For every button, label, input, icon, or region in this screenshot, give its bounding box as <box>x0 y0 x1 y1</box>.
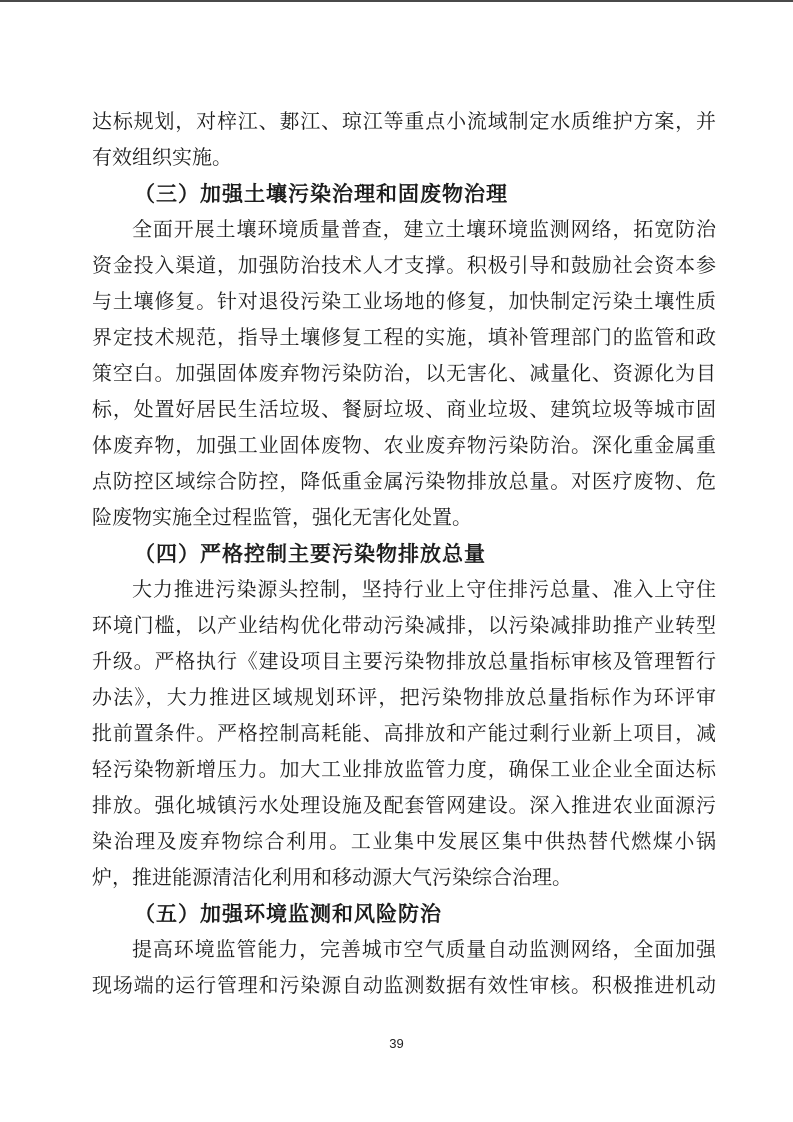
document-body: 达标规划，对梓江、郪江、琼江等重点小流域制定水质维护方案，并有效组织实施。（三）… <box>92 104 716 1004</box>
text-line: 环境门槛，以产业结构优化带动污染减排，以污染减排助推产业转型 <box>92 608 716 644</box>
text-line: 排放。强化城镇污水处理设施及配套管网建设。深入推进农业面源污 <box>92 788 716 824</box>
text-line: 与土壤修复。针对退役污染工业场地的修复，加快制定污染土壤性质 <box>92 284 716 320</box>
text-line: 资金投入渠道，加强防治技术人才支撑。积极引导和鼓励社会资本参 <box>92 248 716 284</box>
text-line: 办法》，大力推进区域规划环评，把污染物排放总量指标作为环评审 <box>92 680 716 716</box>
text-line: 达标规划，对梓江、郪江、琼江等重点小流域制定水质维护方案，并 <box>92 104 716 140</box>
text-line: 标，处置好居民生活垃圾、餐厨垃圾、商业垃圾、建筑垃圾等城市固 <box>92 392 716 428</box>
text-line: 炉，推进能源清洁化利用和移动源大气污染综合治理。 <box>92 860 716 896</box>
text-line: 大力推进污染源头控制，坚持行业上守住排污总量、准入上守住 <box>92 572 716 608</box>
text-line: 点防控区域综合防控，降低重金属污染物排放总量。对医疗废物、危 <box>92 464 716 500</box>
text-line: 轻污染物新增压力。加大工业排放监管力度，确保工业企业全面达标 <box>92 752 716 788</box>
text-line: 提高环境监管能力，完善城市空气质量自动监测网络，全面加强 <box>92 932 716 968</box>
text-line: 策空白。加强固体废弃物污染防治，以无害化、减量化、资源化为目 <box>92 356 716 392</box>
text-line: 险废物实施全过程监管，强化无害化处置。 <box>92 500 716 536</box>
text-line: 升级。严格执行《建设项目主要污染物排放总量指标审核及管理暂行 <box>92 644 716 680</box>
text-line: 现场端的运行管理和污染源自动监测数据有效性审核。积极推进机动 <box>92 968 716 1004</box>
page-top-edge <box>0 0 793 2</box>
text-line: 批前置条件。严格控制高耗能、高排放和产能过剩行业新上项目，减 <box>92 716 716 752</box>
text-line: 染治理及废弃物综合利用。工业集中发展区集中供热替代燃煤小锅 <box>92 824 716 860</box>
text-line: 体废弃物，加强工业固体废物、农业废弃物污染防治。深化重金属重 <box>92 428 716 464</box>
section-heading: （三）加强土壤污染治理和固废物治理 <box>92 176 716 212</box>
page-number: 39 <box>0 1036 793 1051</box>
section-heading: （四）严格控制主要污染物排放总量 <box>92 536 716 572</box>
text-line: 有效组织实施。 <box>92 140 716 176</box>
section-heading: （五）加强环境监测和风险防治 <box>92 896 716 932</box>
text-line: 界定技术规范，指导土壤修复工程的实施，填补管理部门的监管和政 <box>92 320 716 356</box>
document-page: 达标规划，对梓江、郪江、琼江等重点小流域制定水质维护方案，并有效组织实施。（三）… <box>0 0 793 1122</box>
text-line: 全面开展土壤环境质量普查，建立土壤环境监测网络，拓宽防治 <box>92 212 716 248</box>
